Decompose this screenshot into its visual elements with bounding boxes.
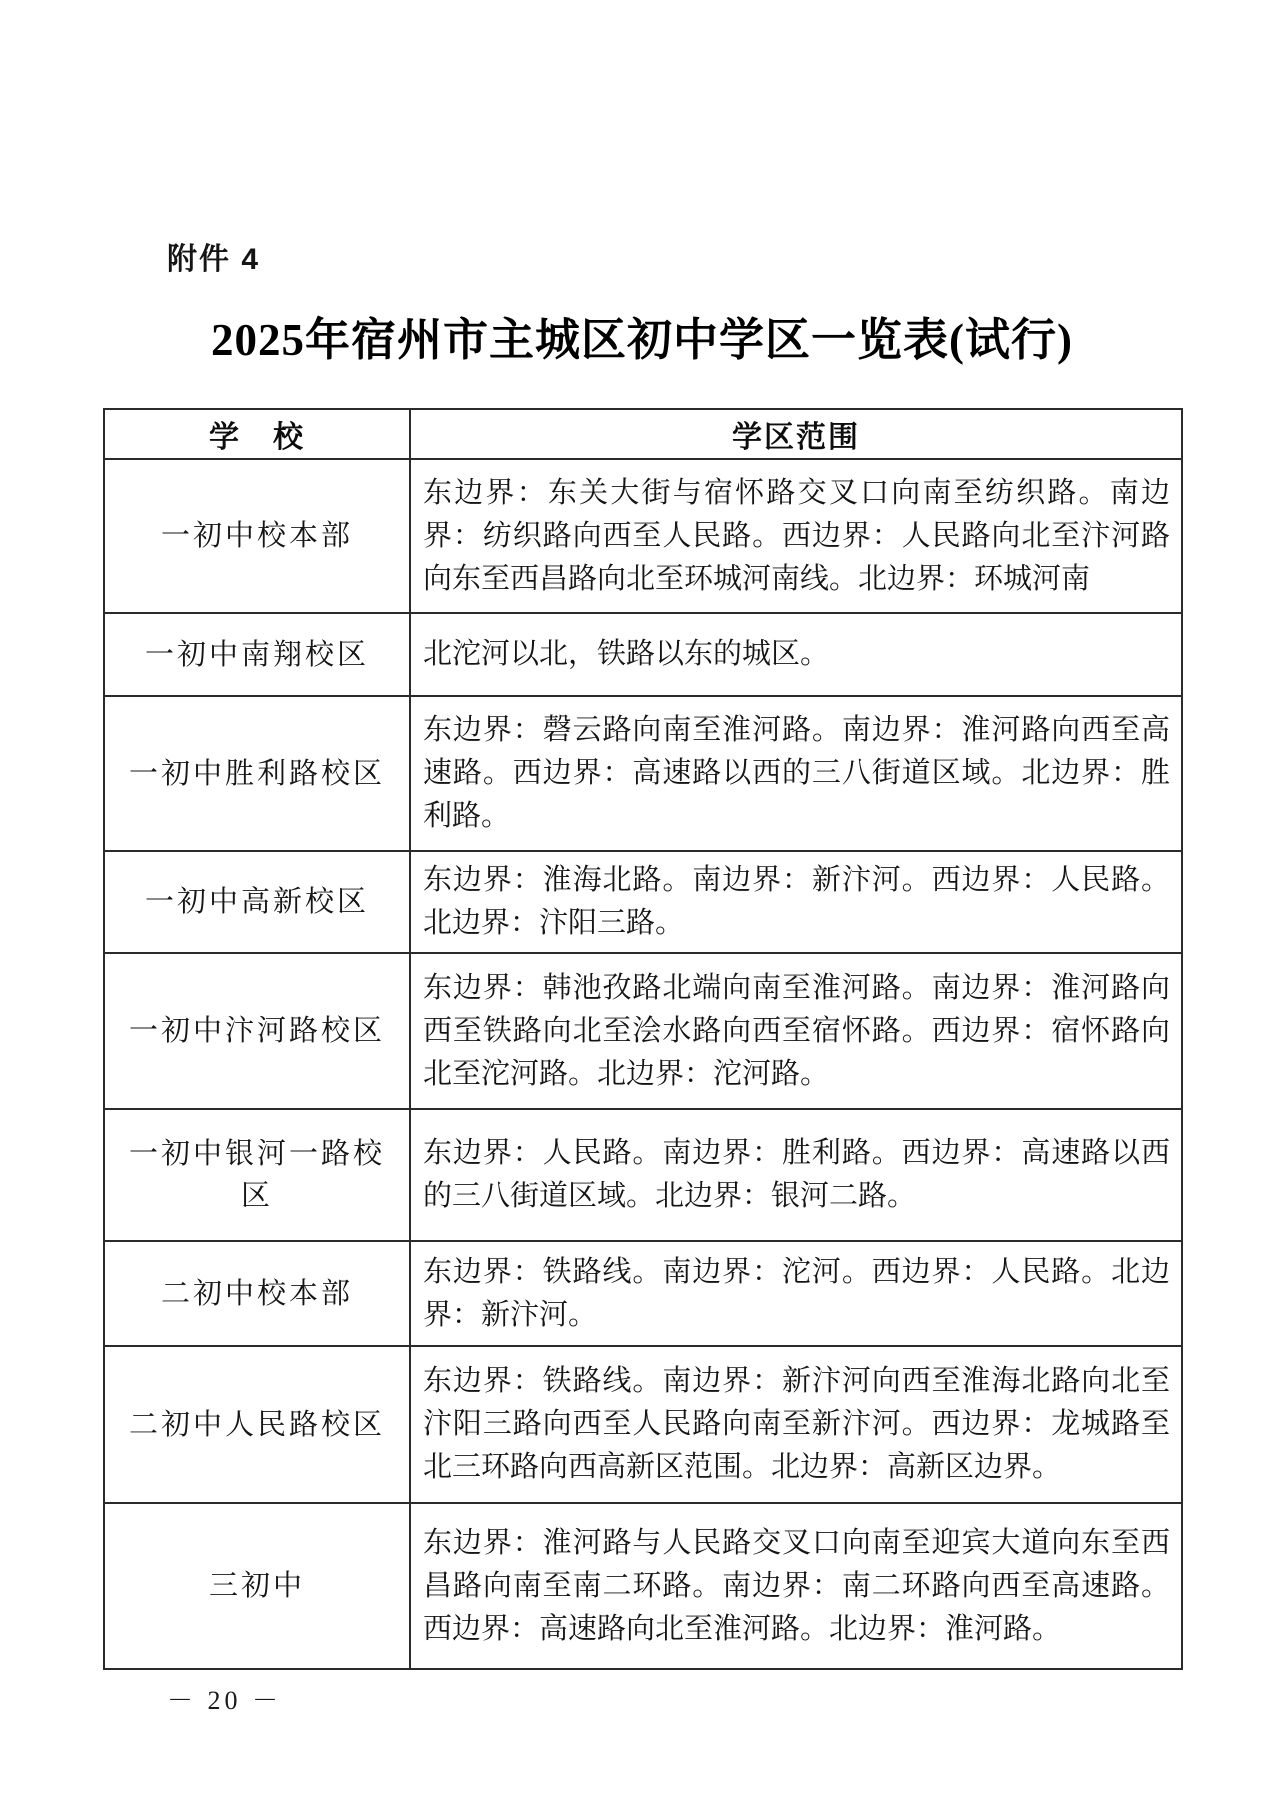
table-row: 二初中校本部东边界：铁路线。南边界：沱河。西边界：人民路。北边界：新汴河。: [104, 1241, 1182, 1346]
page-number: － 20 －: [167, 1680, 282, 1717]
school-name-cell: 二初中校本部: [104, 1241, 410, 1346]
table-body: 一初中校本部东边界：东关大街与宿怀路交叉口向南至纺织路。南边界：纺织路向西至人民…: [104, 459, 1182, 1669]
table-row: 二初中人民路校区东边界：铁路线。南边界：新汴河向西至淮海北路向北至汴阳三路向西至…: [104, 1346, 1182, 1503]
table-row: 一初中胜利路校区东边界：磬云路向南至淮河路。南边界：淮河路向西至高速路。西边界：…: [104, 696, 1182, 851]
school-name-cell: 一初中高新校区: [104, 851, 410, 953]
column-header-range: 学区范围: [410, 409, 1182, 459]
table-header-row: 学 校 学区范围: [104, 409, 1182, 459]
district-range-cell: 东边界：人民路。南边界：胜利路。西边界：高速路以西的三八街道区域。北边界：银河二…: [410, 1109, 1182, 1241]
school-name-cell: 三初中: [104, 1503, 410, 1669]
district-range-cell: 东边界：韩池孜路北端向南至淮河路。南边界：淮河路向西至铁路向北至浍水路向西至宿怀…: [410, 953, 1182, 1109]
district-range-cell: 东边界：铁路线。南边界：新汴河向西至淮海北路向北至汴阳三路向西至人民路向南至新汴…: [410, 1346, 1182, 1503]
table-row: 三初中东边界：淮河路与人民路交叉口向南至迎宾大道向东至西昌路向南至南二环路。南边…: [104, 1503, 1182, 1669]
district-range-cell: 东边界：东关大街与宿怀路交叉口向南至纺织路。南边界：纺织路向西至人民路。西边界：…: [410, 459, 1182, 613]
district-range-cell: 北沱河以北，铁路以东的城区。: [410, 613, 1182, 696]
district-range-cell: 东边界：淮河路与人民路交叉口向南至迎宾大道向东至西昌路向南至南二环路。南边界：南…: [410, 1503, 1182, 1669]
table-row: 一初中校本部东边界：东关大街与宿怀路交叉口向南至纺织路。南边界：纺织路向西至人民…: [104, 459, 1182, 613]
table-row: 一初中高新校区东边界：淮海北路。南边界：新汴河。西边界：人民路。北边界：汴阳三路…: [104, 851, 1182, 953]
district-range-cell: 东边界：磬云路向南至淮河路。南边界：淮河路向西至高速路。西边界：高速路以西的三八…: [410, 696, 1182, 851]
school-name-cell: 一初中校本部: [104, 459, 410, 613]
district-range-cell: 东边界：铁路线。南边界：沱河。西边界：人民路。北边界：新汴河。: [410, 1241, 1182, 1346]
table-row: 一初中南翔校区北沱河以北，铁路以东的城区。: [104, 613, 1182, 696]
school-district-table: 学 校 学区范围 一初中校本部东边界：东关大街与宿怀路交叉口向南至纺织路。南边界…: [103, 408, 1183, 1670]
document-page: 附件 4 2025年宿州市主城区初中学区一览表(试行) 学 校 学区范围 一初中…: [0, 0, 1280, 1810]
school-name-cell: 二初中人民路校区: [104, 1346, 410, 1503]
school-name-cell: 一初中银河一路校区: [104, 1109, 410, 1241]
page-title: 2025年宿州市主城区初中学区一览表(试行): [103, 303, 1181, 368]
table-row: 一初中银河一路校区东边界：人民路。南边界：胜利路。西边界：高速路以西的三八街道区…: [104, 1109, 1182, 1241]
school-name-cell: 一初中汴河路校区: [104, 953, 410, 1109]
table-row: 一初中汴河路校区东边界：韩池孜路北端向南至淮河路。南边界：淮河路向西至铁路向北至…: [104, 953, 1182, 1109]
attachment-label: 附件 4: [167, 234, 260, 278]
column-header-school: 学 校: [104, 409, 410, 459]
school-name-cell: 一初中胜利路校区: [104, 696, 410, 851]
district-range-cell: 东边界：淮海北路。南边界：新汴河。西边界：人民路。北边界：汴阳三路。: [410, 851, 1182, 953]
school-name-cell: 一初中南翔校区: [104, 613, 410, 696]
